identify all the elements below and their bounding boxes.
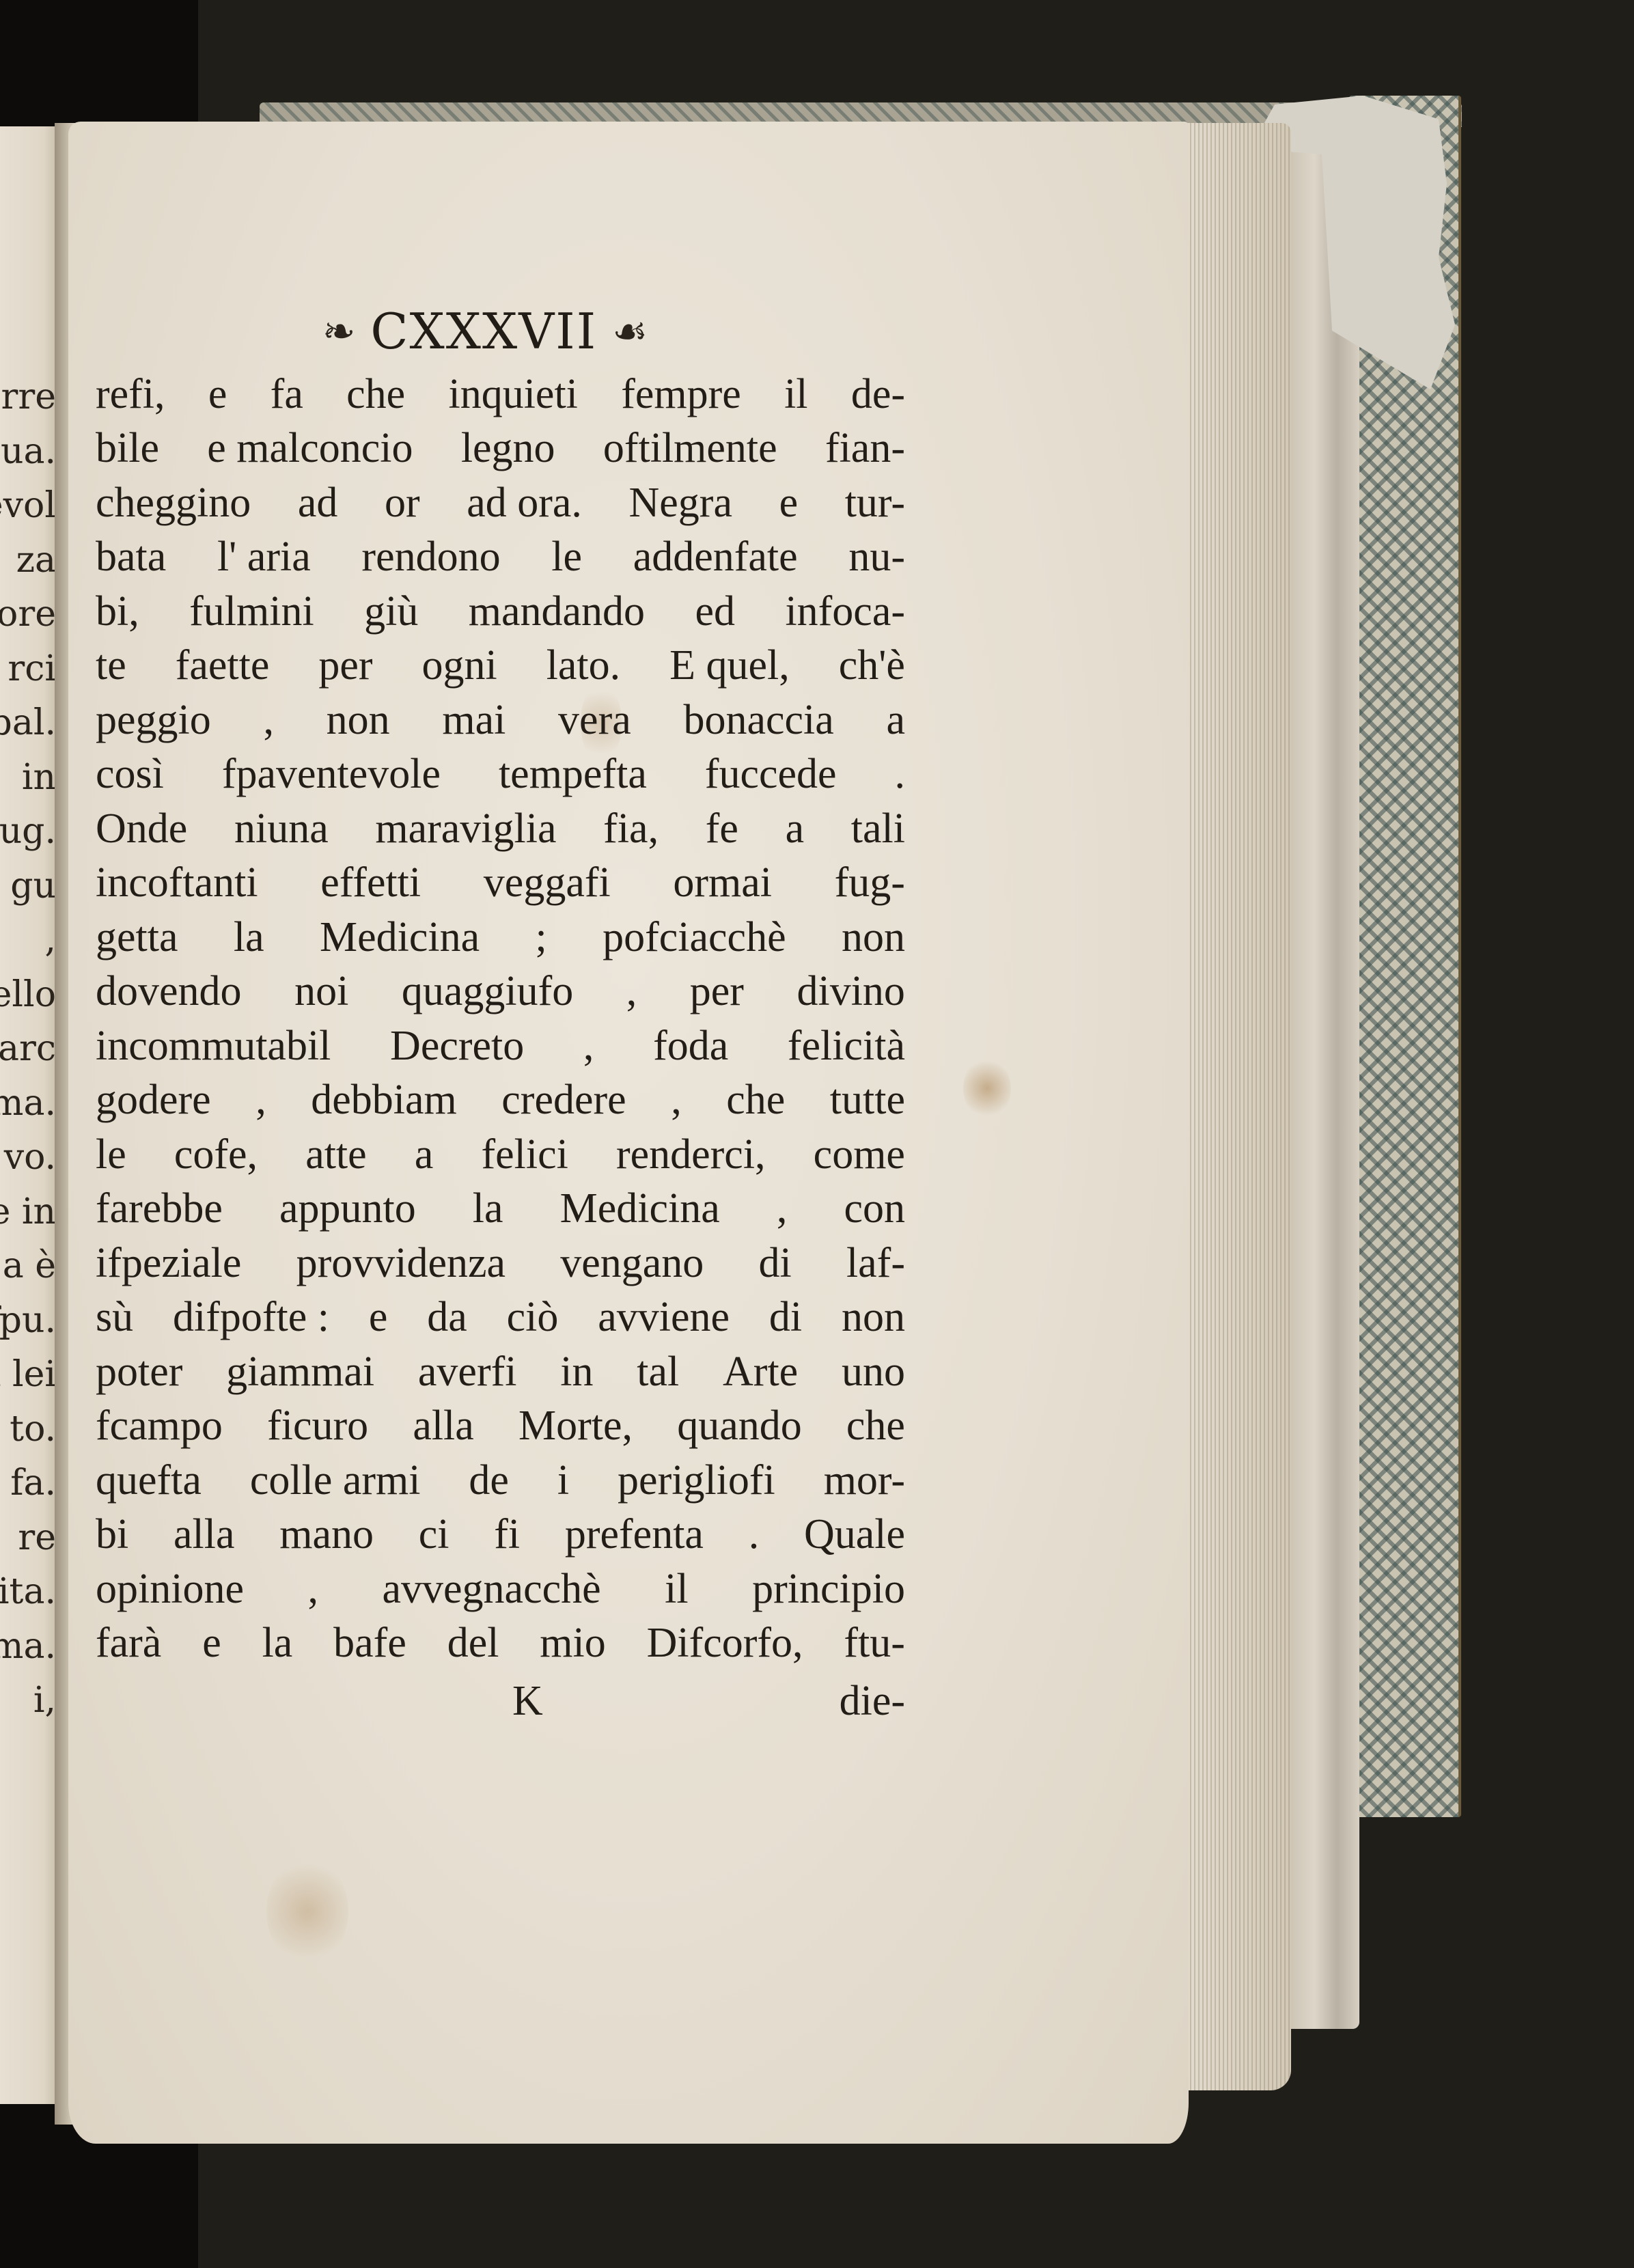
left-page-fragment: i lei xyxy=(0,1357,56,1392)
word: fi xyxy=(494,1513,520,1555)
word: ed xyxy=(695,590,735,633)
word: laf- xyxy=(846,1242,905,1284)
word: mandando xyxy=(469,590,645,633)
word: averfi xyxy=(418,1351,517,1393)
left-page-fragment: narc xyxy=(0,1031,56,1066)
word: , xyxy=(308,1568,319,1610)
word: , xyxy=(626,970,637,1012)
word: del xyxy=(447,1622,499,1664)
word: effetti xyxy=(320,861,421,904)
left-page-fragment: vo. xyxy=(4,1139,56,1175)
word: poter xyxy=(96,1351,182,1393)
word: e xyxy=(369,1296,388,1338)
word: in xyxy=(560,1351,593,1393)
word: l' aria xyxy=(217,536,311,578)
word: Onde xyxy=(96,807,187,850)
word: legno xyxy=(461,427,555,469)
word: avvegnacchè xyxy=(383,1568,601,1610)
word: principio xyxy=(752,1568,905,1610)
text-line: potergiammaiaverfiintalArteuno xyxy=(96,1338,905,1393)
word: a xyxy=(786,807,805,850)
word: giammai xyxy=(226,1351,374,1393)
text-line: godere,debbiamcredere,chetutte xyxy=(96,1067,905,1122)
running-head: ❧ CXXXVII ☙ xyxy=(253,301,717,362)
word: divino xyxy=(797,970,904,1012)
body-text: refi,efacheinquietifempreilde-bilee malc… xyxy=(96,361,905,1664)
word: E quel, xyxy=(669,644,790,687)
word: prefenta xyxy=(565,1513,704,1555)
word: perigliofi xyxy=(618,1459,775,1502)
word: che xyxy=(726,1079,785,1121)
text-line: faràelabafedelmioDifcorfo,ftu- xyxy=(96,1610,905,1665)
text-line: refi,efacheinquietifempreilde- xyxy=(96,361,905,415)
word: non xyxy=(842,1296,905,1338)
word: e malconcio xyxy=(207,427,413,469)
text-line: batal' ariarendonoleaddenfatenu- xyxy=(96,524,905,579)
word: vera xyxy=(558,699,631,741)
word: vengano xyxy=(560,1242,704,1284)
word: farà xyxy=(96,1622,161,1664)
catchword: die- xyxy=(840,1677,905,1726)
left-page-fragment: gug. xyxy=(0,814,56,849)
word: oftilmente xyxy=(603,427,777,469)
word: mor- xyxy=(824,1459,905,1502)
word: ficuro xyxy=(267,1405,368,1447)
word: tali xyxy=(851,807,905,850)
left-page-fragment: orre xyxy=(0,379,56,415)
word: ogni xyxy=(421,644,497,687)
word: Difcorfo, xyxy=(647,1622,803,1664)
text-line: sùdifpofte :edaciòavvienedinon xyxy=(96,1284,905,1339)
word: colle armi xyxy=(250,1459,421,1502)
word: nu- xyxy=(848,536,905,578)
word: difpofte : xyxy=(173,1296,329,1338)
word: per xyxy=(318,644,372,687)
word: uno xyxy=(842,1351,905,1393)
word: il xyxy=(784,373,807,415)
word: credere xyxy=(501,1079,626,1121)
foxing-stain xyxy=(266,1857,348,1966)
word: fempre xyxy=(621,373,741,415)
word: provvidenza xyxy=(296,1242,506,1284)
word: cheggino xyxy=(96,482,251,524)
word: Medicina xyxy=(320,916,480,958)
word: tempefta xyxy=(499,753,647,795)
word: non xyxy=(842,916,905,958)
word: opinione xyxy=(96,1568,244,1610)
word: farebbe xyxy=(96,1187,223,1230)
signature-mark: K xyxy=(512,1677,543,1726)
word: fuccede xyxy=(705,753,837,795)
word: quefta xyxy=(96,1459,202,1502)
word: Morte, xyxy=(518,1405,633,1447)
word: , xyxy=(583,1025,594,1067)
word: . xyxy=(749,1513,760,1555)
word: non xyxy=(327,699,390,741)
left-page-fragment: fpu. xyxy=(0,1303,56,1338)
word: Medicina xyxy=(560,1187,720,1230)
word: alla xyxy=(174,1513,235,1555)
word: mano xyxy=(279,1513,374,1555)
text-line: lecofe,atteafelicirenderci,come xyxy=(96,1121,905,1176)
text-line: peggio,nonmaiverabonacciaa xyxy=(96,687,905,741)
left-page-fragment: gua. xyxy=(0,434,56,469)
word: bata xyxy=(96,536,166,578)
text-line: Ondeniunamaravigliafia,featali xyxy=(96,795,905,850)
word: rendono xyxy=(361,536,500,578)
word: mio xyxy=(540,1622,605,1664)
word: fia, xyxy=(603,807,659,850)
word: infoca- xyxy=(785,590,905,633)
word: mai xyxy=(442,699,506,741)
word: veggafi xyxy=(484,861,611,904)
word: de xyxy=(469,1459,509,1502)
left-page-fragment: re xyxy=(18,1520,56,1555)
text-line: fcampoficuroallaMorte,quandoche xyxy=(96,1393,905,1448)
word: appunto xyxy=(279,1187,416,1230)
word: ci xyxy=(419,1513,449,1555)
word: dovendo xyxy=(96,970,242,1012)
word: e xyxy=(779,482,799,524)
word: e xyxy=(202,1622,221,1664)
word: ch'è xyxy=(839,644,905,687)
word: sù xyxy=(96,1296,133,1338)
left-page-fragment: iore xyxy=(0,596,56,632)
word: quando xyxy=(677,1405,802,1447)
word: Decreto xyxy=(390,1025,524,1067)
text-line: incommutabilDecreto,fodafelicità xyxy=(96,1012,905,1067)
left-page-fragment: i, xyxy=(33,1683,56,1718)
word: incommutabil xyxy=(96,1025,331,1067)
word: come xyxy=(814,1133,905,1176)
word: ad xyxy=(298,482,338,524)
word: alla xyxy=(413,1405,474,1447)
word: che xyxy=(846,1405,905,1447)
word: le xyxy=(96,1133,126,1176)
word: . xyxy=(894,753,905,795)
word: debbiam xyxy=(311,1079,457,1121)
word: , xyxy=(263,699,274,741)
word: da xyxy=(427,1296,467,1338)
word: le xyxy=(551,536,582,578)
word: a xyxy=(415,1133,434,1176)
word: ifpeziale xyxy=(96,1242,241,1284)
text-line: cosìfpaventevoletempeftafuccede. xyxy=(96,741,905,796)
word: di xyxy=(769,1296,802,1338)
left-page-fragment: in xyxy=(22,760,56,795)
word: quaggiufo xyxy=(402,970,573,1012)
word: per xyxy=(690,970,744,1012)
word: , xyxy=(255,1079,266,1121)
word: , xyxy=(777,1187,788,1230)
word: la xyxy=(262,1622,293,1664)
left-page-sliver: orregua.evolzaiorercipal.ingug.gu,ellona… xyxy=(0,126,63,2104)
text-line: opinione,avvegnacchèilprincipio xyxy=(96,1555,905,1610)
text-line: incoftantieffettiveggafiormaifug- xyxy=(96,850,905,904)
word: a xyxy=(886,699,905,741)
word: maraviglia xyxy=(375,807,556,850)
left-page-fragment: to. xyxy=(10,1411,56,1447)
word: bi xyxy=(96,1513,128,1555)
word: felicità xyxy=(788,1025,905,1067)
text-line: bi,fulminigiùmandandoedinfoca- xyxy=(96,578,905,633)
word: ad ora. xyxy=(467,482,582,524)
word: Negra xyxy=(629,482,732,524)
text-line: biallamanocifiprefenta.Quale xyxy=(96,1502,905,1556)
word: ; xyxy=(536,916,547,958)
word: tal xyxy=(637,1351,679,1393)
word: peggio xyxy=(96,699,211,741)
word: con xyxy=(844,1187,905,1230)
page-footer: K die- xyxy=(96,1677,905,1732)
word: bonaccia xyxy=(683,699,833,741)
left-page-fragment: za xyxy=(16,542,56,578)
left-page-fragment: io fa. xyxy=(0,1465,56,1501)
word: ormai xyxy=(673,861,772,904)
word: di xyxy=(759,1242,792,1284)
text-line: dovendonoiquaggiufo,perdivino xyxy=(96,958,905,1013)
word: e xyxy=(208,373,227,415)
left-page-fragment: ma. xyxy=(0,1629,56,1664)
word: fug- xyxy=(835,861,905,904)
word: la xyxy=(473,1187,503,1230)
word: fulmini xyxy=(189,590,314,633)
word: fpaventevole xyxy=(222,753,441,795)
text-line: farebbeappuntolaMedicina,con xyxy=(96,1176,905,1230)
word: il xyxy=(665,1568,688,1610)
word: bile xyxy=(96,427,159,469)
word: ftu- xyxy=(844,1622,905,1664)
text-line: ifpezialeprovvidenzavenganodilaf- xyxy=(96,1230,905,1284)
left-page-fragment: e in xyxy=(0,1194,56,1230)
word: cofe, xyxy=(174,1133,258,1176)
word: Quale xyxy=(804,1513,905,1555)
word: tutte xyxy=(830,1079,905,1121)
word: Arte xyxy=(723,1351,798,1393)
word: godere xyxy=(96,1079,211,1121)
word: incoftanti xyxy=(96,861,258,904)
word: te xyxy=(96,644,126,687)
word: niuna xyxy=(234,807,329,850)
word: fcampo xyxy=(96,1405,223,1447)
word: fa xyxy=(271,373,303,415)
left-page-fragment: a è xyxy=(3,1248,56,1284)
word: lato. xyxy=(546,644,620,687)
word: refi, xyxy=(96,373,165,415)
word: getta xyxy=(96,916,178,958)
fleuron-left-icon: ❧ xyxy=(322,312,356,351)
word: de- xyxy=(851,373,905,415)
word: or xyxy=(385,482,420,524)
word: tur- xyxy=(845,482,905,524)
word: , xyxy=(671,1079,682,1121)
back-page-block xyxy=(1284,130,1359,2029)
word: renderci, xyxy=(616,1133,766,1176)
word: faette xyxy=(176,644,270,687)
left-page-fragment: gita. xyxy=(0,1574,56,1609)
left-page-fragment: gu xyxy=(10,868,56,904)
left-page-fragment: evol xyxy=(0,488,56,523)
page-fore-edges xyxy=(1182,123,1291,2090)
word: atte xyxy=(305,1133,367,1176)
word: che xyxy=(346,373,405,415)
word: la xyxy=(234,916,264,958)
word: bafe xyxy=(333,1622,406,1664)
word: bi, xyxy=(96,590,139,633)
foxing-stain xyxy=(963,1057,1011,1119)
text-line: tefaetteperognilato.E quel,ch'è xyxy=(96,633,905,687)
word: pofciacchè xyxy=(603,916,786,958)
word: avviene xyxy=(598,1296,730,1338)
word: foda xyxy=(653,1025,728,1067)
left-page-fragment: ma. xyxy=(0,1085,56,1121)
word: così xyxy=(96,753,164,795)
text-line: gettalaMedicina;pofciacchènon xyxy=(96,904,905,958)
left-page-fragment: ello xyxy=(0,977,56,1012)
text-line: bilee malconciolegnooftilmentefian- xyxy=(96,415,905,470)
word: fian- xyxy=(825,427,905,469)
fleuron-right-icon: ☙ xyxy=(612,312,648,351)
word: noi xyxy=(294,970,348,1012)
word: felici xyxy=(481,1133,568,1176)
word: inquieti xyxy=(448,373,577,415)
page-number: CXXXVII xyxy=(370,307,597,356)
left-page-fragment: pal. xyxy=(0,705,56,741)
left-page-fragment: rci xyxy=(8,651,56,687)
word: i xyxy=(557,1459,569,1502)
word: ciò xyxy=(507,1296,559,1338)
word: giù xyxy=(364,590,418,633)
word: fe xyxy=(706,807,738,850)
text-line: queftacolle armideiperigliofimor- xyxy=(96,1447,905,1502)
word: addenfate xyxy=(633,536,798,578)
text-line: chegginoadorad ora.Negraetur- xyxy=(96,469,905,524)
